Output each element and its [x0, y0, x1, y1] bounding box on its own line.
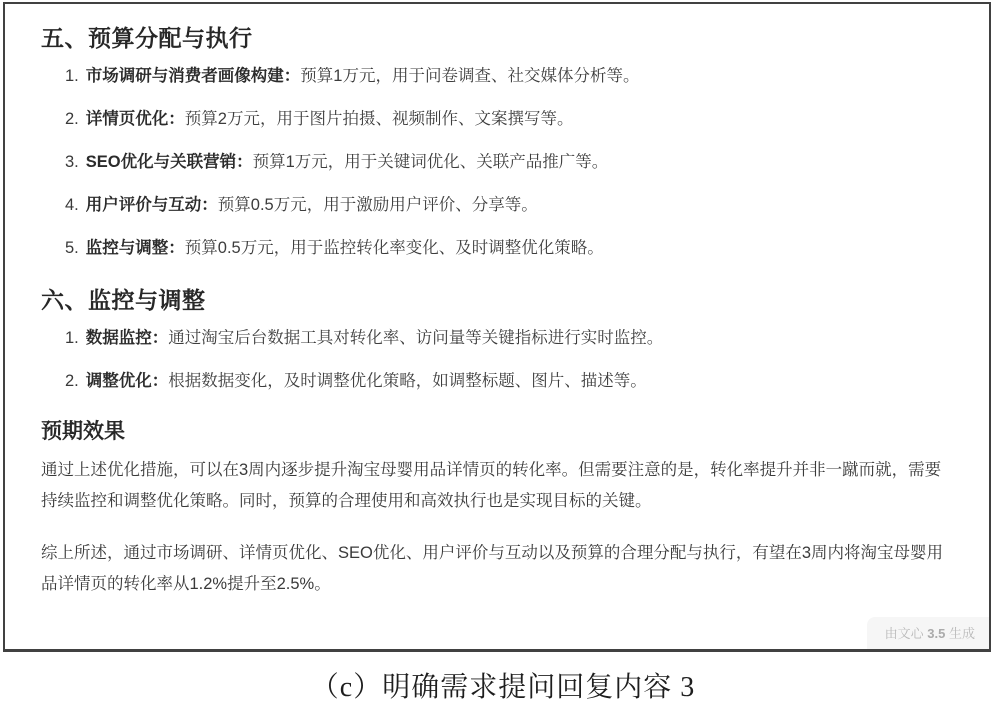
list-item-desc: 预算0.5万元，用于监控转化率变化、及时调整优化策略。 — [185, 239, 604, 257]
list-item-desc: 根据数据变化，及时调整优化策略，如调整标题、图片、描述等。 — [168, 372, 647, 390]
list-item-number: 2. — [65, 372, 79, 390]
list-item-term: 详情页优化： — [86, 110, 185, 128]
list-item: 5.监控与调整：预算0.5万元，用于监控转化率变化、及时调整优化策略。 — [65, 239, 949, 258]
list-item-desc: 预算1万元，用于关键词优化、关联产品推广等。 — [253, 153, 609, 171]
paragraph-group: 通过上述优化措施，可以在3周内逐步提升淘宝母婴用品详情页的转化率。但需要注意的是… — [41, 455, 949, 600]
list-item-term: 监控与调整： — [86, 239, 185, 257]
watermark-suffix: 生成 — [945, 626, 975, 641]
ai-response-panel: 五、预算分配与执行 1.市场调研与消费者画像构建：预算1万元，用于问卷调查、社交… — [3, 2, 991, 652]
list-item-desc: 通过淘宝后台数据工具对转化率、访问量等关键指标进行实时监控。 — [168, 329, 663, 347]
list-item-number: 4. — [65, 196, 79, 214]
figure-page: 五、预算分配与执行 1.市场调研与消费者画像构建：预算1万元，用于问卷调查、社交… — [0, 0, 1006, 710]
list-item-number: 2. — [65, 110, 79, 128]
watermark-badge: 由文心 3.5 生成 — [867, 617, 989, 649]
section-heading: 六、监控与调整 — [41, 282, 949, 315]
watermark-prefix: 由文心 — [885, 626, 928, 641]
paragraph: 通过上述优化措施，可以在3周内逐步提升淘宝母婴用品详情页的转化率。但需要注意的是… — [41, 455, 949, 517]
list-item-term: 调整优化： — [86, 372, 169, 390]
list-item-number: 1. — [65, 329, 79, 347]
watermark-version: 3.5 — [927, 626, 945, 641]
section-heading: 预期效果 — [41, 415, 949, 445]
list-item-number: 3. — [65, 153, 79, 171]
list-item-desc: 预算0.5万元，用于激励用户评价、分享等。 — [218, 196, 538, 214]
paragraph: 综上所述，通过市场调研、详情页优化、SEO优化、用户评价与互动以及预算的合理分配… — [41, 538, 949, 600]
list-item-number: 1. — [65, 67, 79, 85]
list-item: 3.SEO优化与关联营销：预算1万元，用于关键词优化、关联产品推广等。 — [65, 153, 949, 172]
list-item: 1.市场调研与消费者画像构建：预算1万元，用于问卷调查、社交媒体分析等。 — [65, 67, 949, 86]
list-item-number: 5. — [65, 239, 79, 257]
list-item-desc: 预算1万元，用于问卷调查、社交媒体分析等。 — [300, 67, 639, 85]
list-item-term: 用户评价与互动： — [86, 196, 218, 214]
section-heading: 五、预算分配与执行 — [41, 20, 949, 53]
list-item: 1.数据监控：通过淘宝后台数据工具对转化率、访问量等关键指标进行实时监控。 — [65, 329, 949, 348]
numbered-list: 1.数据监控：通过淘宝后台数据工具对转化率、访问量等关键指标进行实时监控。 2.… — [41, 329, 949, 391]
figure-caption: （c）明确需求提问回复内容 3 — [0, 665, 1006, 705]
list-item: 4.用户评价与互动：预算0.5万元，用于激励用户评价、分享等。 — [65, 196, 949, 215]
numbered-list: 1.市场调研与消费者画像构建：预算1万元，用于问卷调查、社交媒体分析等。 2.详… — [41, 67, 949, 258]
document-section: 六、监控与调整 1.数据监控：通过淘宝后台数据工具对转化率、访问量等关键指标进行… — [41, 282, 949, 391]
list-item: 2.详情页优化：预算2万元，用于图片拍摄、视频制作、文案撰写等。 — [65, 110, 949, 129]
document-section: 预期效果 通过上述优化措施，可以在3周内逐步提升淘宝母婴用品详情页的转化率。但需… — [41, 415, 949, 600]
list-item-term: 数据监控： — [86, 329, 169, 347]
document-body: 五、预算分配与执行 1.市场调研与消费者画像构建：预算1万元，用于问卷调查、社交… — [5, 4, 989, 600]
list-item-term: 市场调研与消费者画像构建： — [86, 67, 301, 85]
list-item-desc: 预算2万元，用于图片拍摄、视频制作、文案撰写等。 — [185, 110, 574, 128]
list-item-term: SEO优化与关联营销： — [86, 153, 253, 171]
document-section: 五、预算分配与执行 1.市场调研与消费者画像构建：预算1万元，用于问卷调查、社交… — [41, 20, 949, 258]
list-item: 2.调整优化：根据数据变化，及时调整优化策略，如调整标题、图片、描述等。 — [65, 372, 949, 391]
